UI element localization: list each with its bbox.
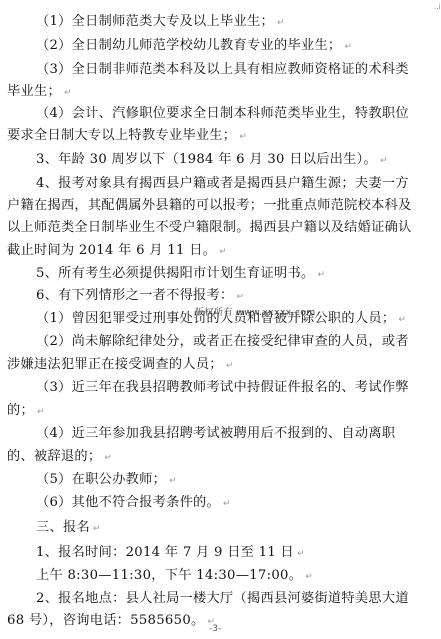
line-text: （2）尚未解除纪律处分，或者正在接受纪律审查的人员，或者 <box>36 334 409 349</box>
text-line: 3、年龄 30 周岁以下（1984 年 6 月 30 日以后出生）。↵ <box>36 152 388 169</box>
text-line: 要求全日制大专以上特教专业毕业生；↵ <box>7 128 247 145</box>
paragraph-mark-icon: ↵ <box>169 476 177 486</box>
line-text: 毕业生； <box>7 84 61 99</box>
line-text: 1、报名时间：2014 年 7 月 9 日至 11 日 <box>36 545 294 560</box>
watermark: 版权所有 www.xxxxx.com <box>195 305 316 318</box>
text-line: （3）全日制非师范类本科及以上具有相应教师资格证的术科类 <box>36 62 409 78</box>
text-line: 68 号），咨询电话：5585650。↵ <box>7 613 215 630</box>
paragraph-mark-icon: ↵ <box>305 572 313 582</box>
text-line: 1、报名时间：2014 年 7 月 9 日至 11 日↵ <box>36 545 305 562</box>
line-text: 6、有下列情形之一者不得报考： <box>36 288 234 303</box>
text-line: 上午 8:30—11:30，下午 14:30—17:00。↵ <box>36 568 313 585</box>
line-text: 截止时间为 2014 年 6 月 11 日。 <box>7 243 216 258</box>
line-text: 4、报考对象具有揭西县户籍或者是揭西县户籍生源；夫妻一方 <box>36 176 409 191</box>
text-line: （4）会计、汽修职位要求全日制本科师范类毕业生，特教职位 <box>36 106 409 122</box>
line-text: （4）近三年参加我县招聘考试被聘用后不报到的、自动离职 <box>36 426 395 441</box>
line-text: 以上师范类全日制毕业生不受户籍限制。揭西县户籍以及结婚证确认 <box>7 220 412 235</box>
paragraph-mark-icon: ↵ <box>277 18 285 28</box>
text-line: 5、所有考生必须提供揭阳市计划生育证明书。↵ <box>36 266 325 283</box>
text-line: （1）全日制师范类大专及以上毕业生；↵ <box>36 14 285 31</box>
paragraph-mark-icon: ↵ <box>104 453 112 463</box>
line-text: 的、被辞退的； <box>7 449 101 464</box>
document-page: （1）全日制师范类大专及以上毕业生；↵（2）全日制幼儿师范学校幼儿教育专业的毕业… <box>0 0 441 639</box>
paragraph-mark-icon: ↵ <box>226 361 234 371</box>
text-line: 以上师范类全日制毕业生不受户籍限制。揭西县户籍以及结婚证确认 <box>7 220 412 236</box>
line-text: （2）全日制幼儿师范学校幼儿教育专业的毕业生； <box>36 38 341 53</box>
paragraph-mark-icon: ↵ <box>37 407 45 417</box>
line-text: （1）全日制师范类大专及以上毕业生； <box>36 14 274 29</box>
line-text: 3、年龄 30 周岁以下（1984 年 6 月 30 日以后出生）。 <box>36 152 377 167</box>
line-text: 涉嫌违法犯罪正在接受调查的人员； <box>7 357 223 372</box>
paragraph-mark-icon: ↵ <box>297 549 305 559</box>
text-line: 毕业生；↵ <box>7 84 72 101</box>
text-line: 2、报名地点：县人社局一楼大厅（揭西县河婆街道特美思大道 <box>36 591 409 607</box>
line-text: 要求全日制大专以上特教专业毕业生； <box>7 128 236 143</box>
line-text: （3）全日制非师范类本科及以上具有相应教师资格证的术科类 <box>36 62 409 77</box>
paragraph-mark-icon: ↵ <box>317 270 325 280</box>
line-text: 68 号），咨询电话：5585650。 <box>7 613 205 628</box>
text-line: 的；↵ <box>7 403 45 420</box>
text-line: （2）全日制幼儿师范学校幼儿教育专业的毕业生；↵ <box>36 38 352 55</box>
corner-mark: ..i <box>434 3 440 11</box>
text-line: （5）在职公办教师；↵ <box>36 472 177 489</box>
text-line: （3）近三年在我县招聘教师考试中持假证件报名的、考试作弊 <box>36 380 409 396</box>
paragraph-mark-icon: ↵ <box>380 156 388 166</box>
paragraph-mark-icon: ↵ <box>64 88 72 98</box>
text-line: 户籍在揭西，其配偶属外县籍的可以报考；一批重点师范院校本科及 <box>7 198 412 214</box>
paragraph-mark-icon: ↵ <box>237 292 245 302</box>
text-line: 涉嫌违法犯罪正在接受调查的人员；↵ <box>7 357 234 374</box>
line-text: （5）在职公办教师； <box>36 472 166 487</box>
line-text: 的； <box>7 403 34 418</box>
line-text: （3）近三年在我县招聘教师考试中持假证件报名的、考试作弊 <box>36 380 409 395</box>
line-text: 5、所有考生必须提供揭阳市计划生育证明书。 <box>36 266 314 281</box>
paragraph-mark-icon: ↵ <box>93 524 101 534</box>
text-line: （2）尚未解除纪律处分，或者正在接受纪律审查的人员，或者 <box>36 334 409 350</box>
text-line: 截止时间为 2014 年 6 月 11 日。↵ <box>7 243 227 260</box>
page-number: -3- <box>209 624 221 634</box>
text-line: 三、报名↵ <box>36 520 101 537</box>
line-text: 上午 8:30—11:30，下午 14:30—17:00。 <box>36 568 302 583</box>
text-line: 6、有下列情形之一者不得报考：↵ <box>36 288 244 305</box>
paragraph-mark-icon: ↵ <box>223 499 231 509</box>
paragraph-mark-icon: ↵ <box>398 315 406 325</box>
paragraph-mark-icon: ↵ <box>219 247 227 257</box>
line-text: （4）会计、汽修职位要求全日制本科师范类毕业生，特教职位 <box>36 106 409 121</box>
line-text: 2、报名地点：县人社局一楼大厅（揭西县河婆街道特美思大道 <box>36 591 409 606</box>
text-line: 的、被辞退的；↵ <box>7 449 112 466</box>
paragraph-mark-icon: ↵ <box>344 42 352 52</box>
text-line: （4）近三年参加我县招聘考试被聘用后不报到的、自动离职 <box>36 426 395 442</box>
text-line: （6）其他不符合报考条件的。↵ <box>36 495 231 512</box>
line-text: （6）其他不符合报考条件的。 <box>36 495 220 510</box>
text-line: 4、报考对象具有揭西县户籍或者是揭西县户籍生源；夫妻一方 <box>36 176 409 192</box>
line-text: 户籍在揭西，其配偶属外县籍的可以报考；一批重点师范院校本科及 <box>7 198 412 213</box>
line-text: 三、报名 <box>36 520 90 535</box>
paragraph-mark-icon: ↵ <box>239 132 247 142</box>
